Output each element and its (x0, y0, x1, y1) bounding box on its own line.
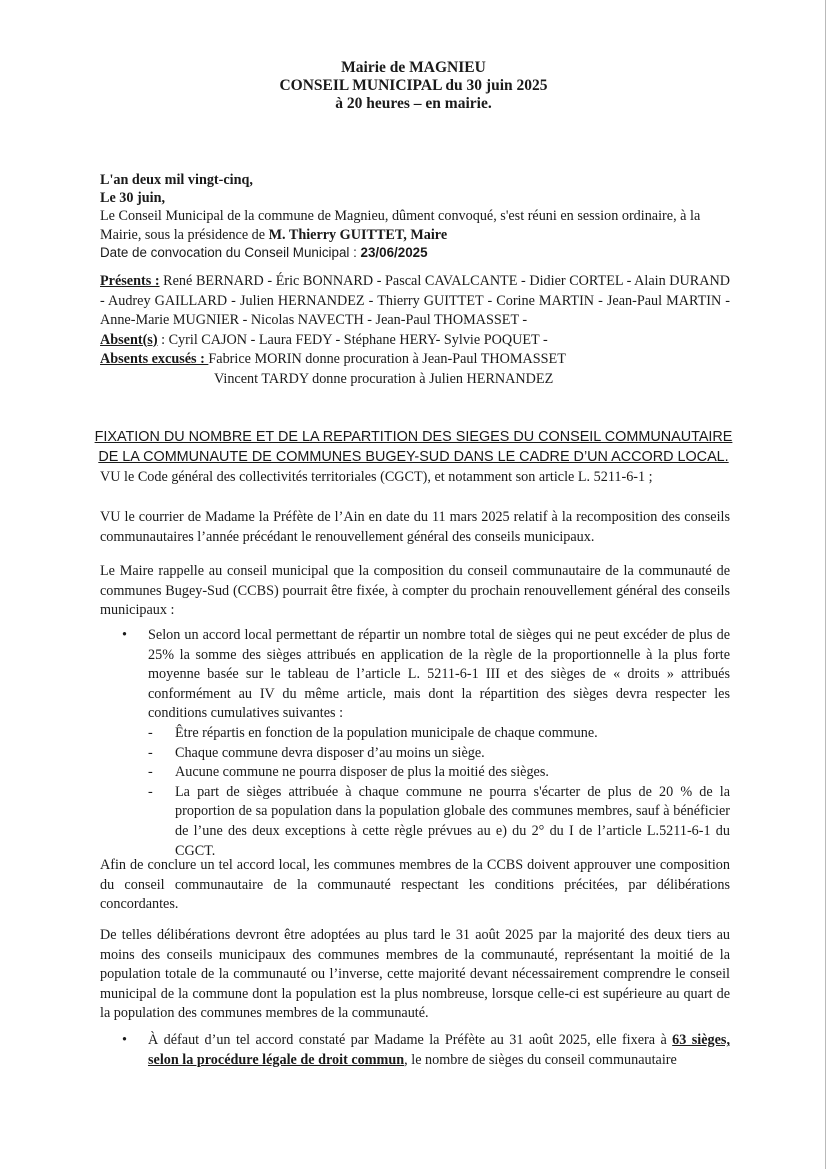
present-label: Présents : (100, 273, 160, 289)
condition-item: -Aucune commune ne pourra disposer de pl… (148, 763, 730, 783)
present-names: René BERNARD - Éric BONNARD - Pascal CAV… (100, 273, 730, 328)
bullet2-start: À défaut d’un tel accord constaté par Ma… (148, 1032, 672, 1048)
attendance-block: Présents : René BERNARD - Éric BONNARD -… (100, 272, 730, 390)
intro-block: L'an deux mil vingt-cinq, Le 30 juin, Le… (100, 171, 730, 262)
absent-label: Absent(s) (100, 332, 158, 348)
dash-icon: - (148, 783, 175, 861)
defaut-accord-bullet: • À défaut d’un tel accord constaté par … (100, 1031, 730, 1070)
bullet-item: • Selon un accord local permettant de ré… (100, 626, 730, 861)
bullet-text: Selon un accord local permettant de répa… (148, 626, 730, 724)
mairie-name: Mairie de MAGNIEU (0, 59, 827, 77)
year-line: L'an deux mil vingt-cinq, (100, 171, 730, 189)
page-edge (825, 0, 826, 1169)
conditions-list: -Être répartis en fonction de la populat… (148, 724, 730, 861)
vu-cgct-paragraph: VU le Code général des collectivités ter… (100, 468, 730, 488)
bullet-dot-icon: • (100, 626, 148, 861)
section-title-line-1: FIXATION DU NOMBRE ET DE LA REPARTITION … (0, 428, 827, 448)
date-line: Le 30 juin, (100, 189, 730, 207)
section-title-line-2: DE LA COMMUNAUTE DE COMMUNES BUGEY-SUD D… (0, 448, 827, 468)
condition-item: -La part de sièges attribuée à chaque co… (148, 783, 730, 861)
absent-names: Cyril CAJON - Laura FEDY - Stéphane HERY… (169, 332, 548, 348)
present-paragraph: Présents : René BERNARD - Éric BONNARD -… (100, 272, 730, 331)
council-date: CONSEIL MUNICIPAL du 30 juin 2025 (0, 77, 827, 95)
excused-label: Absents excusés : (100, 351, 208, 367)
convocation-date: 23/06/2025 (361, 245, 428, 260)
condition-item: -Être répartis en fonction de la populat… (148, 724, 730, 744)
council-time-place: à 20 heures – en mairie. (0, 95, 827, 113)
afin-paragraph: Afin de conclure un tel accord local, le… (100, 856, 730, 915)
condition-item: -Chaque commune devra disposer d’au moin… (148, 744, 730, 764)
excused-proxy-1: Fabrice MORIN donne procuration à Jean-P… (208, 351, 566, 367)
accord-local-bullet: • Selon un accord local permettant de ré… (100, 626, 730, 861)
absent-sep: : (158, 332, 169, 348)
convocation-line: Date de convocation du Conseil Municipal… (100, 244, 730, 262)
bullet2-end: , le nombre de sièges du conseil communa… (404, 1052, 677, 1068)
maire-rappel-paragraph: Le Maire rappelle au conseil municipal q… (100, 562, 730, 621)
deliberations-paragraph: De telles délibérations devront être ado… (100, 926, 730, 1024)
bullet-dot-icon: • (100, 1031, 148, 1070)
convocation-label: Date de convocation du Conseil Municipal… (100, 245, 361, 260)
excused-proxy-2: Vincent TARDY donne procuration à Julien… (100, 370, 730, 390)
vu-prefete-paragraph: VU le courrier de Madame la Préfète de l… (100, 508, 730, 547)
dash-icon: - (148, 724, 175, 744)
document-header: Mairie de MAGNIEU CONSEIL MUNICIPAL du 3… (0, 59, 827, 113)
absent-line: Absent(s) : Cyril CAJON - Laura FEDY - S… (100, 331, 730, 351)
president-name: M. Thierry GUITTET, Maire (269, 227, 448, 243)
excused-line: Absents excusés : Fabrice MORIN donne pr… (100, 350, 730, 370)
bullet-item: • À défaut d’un tel accord constaté par … (100, 1031, 730, 1070)
session-paragraph: Le Conseil Municipal de la commune de Ma… (100, 207, 730, 243)
dash-icon: - (148, 744, 175, 764)
section-title: FIXATION DU NOMBRE ET DE LA REPARTITION … (0, 428, 827, 467)
dash-icon: - (148, 763, 175, 783)
